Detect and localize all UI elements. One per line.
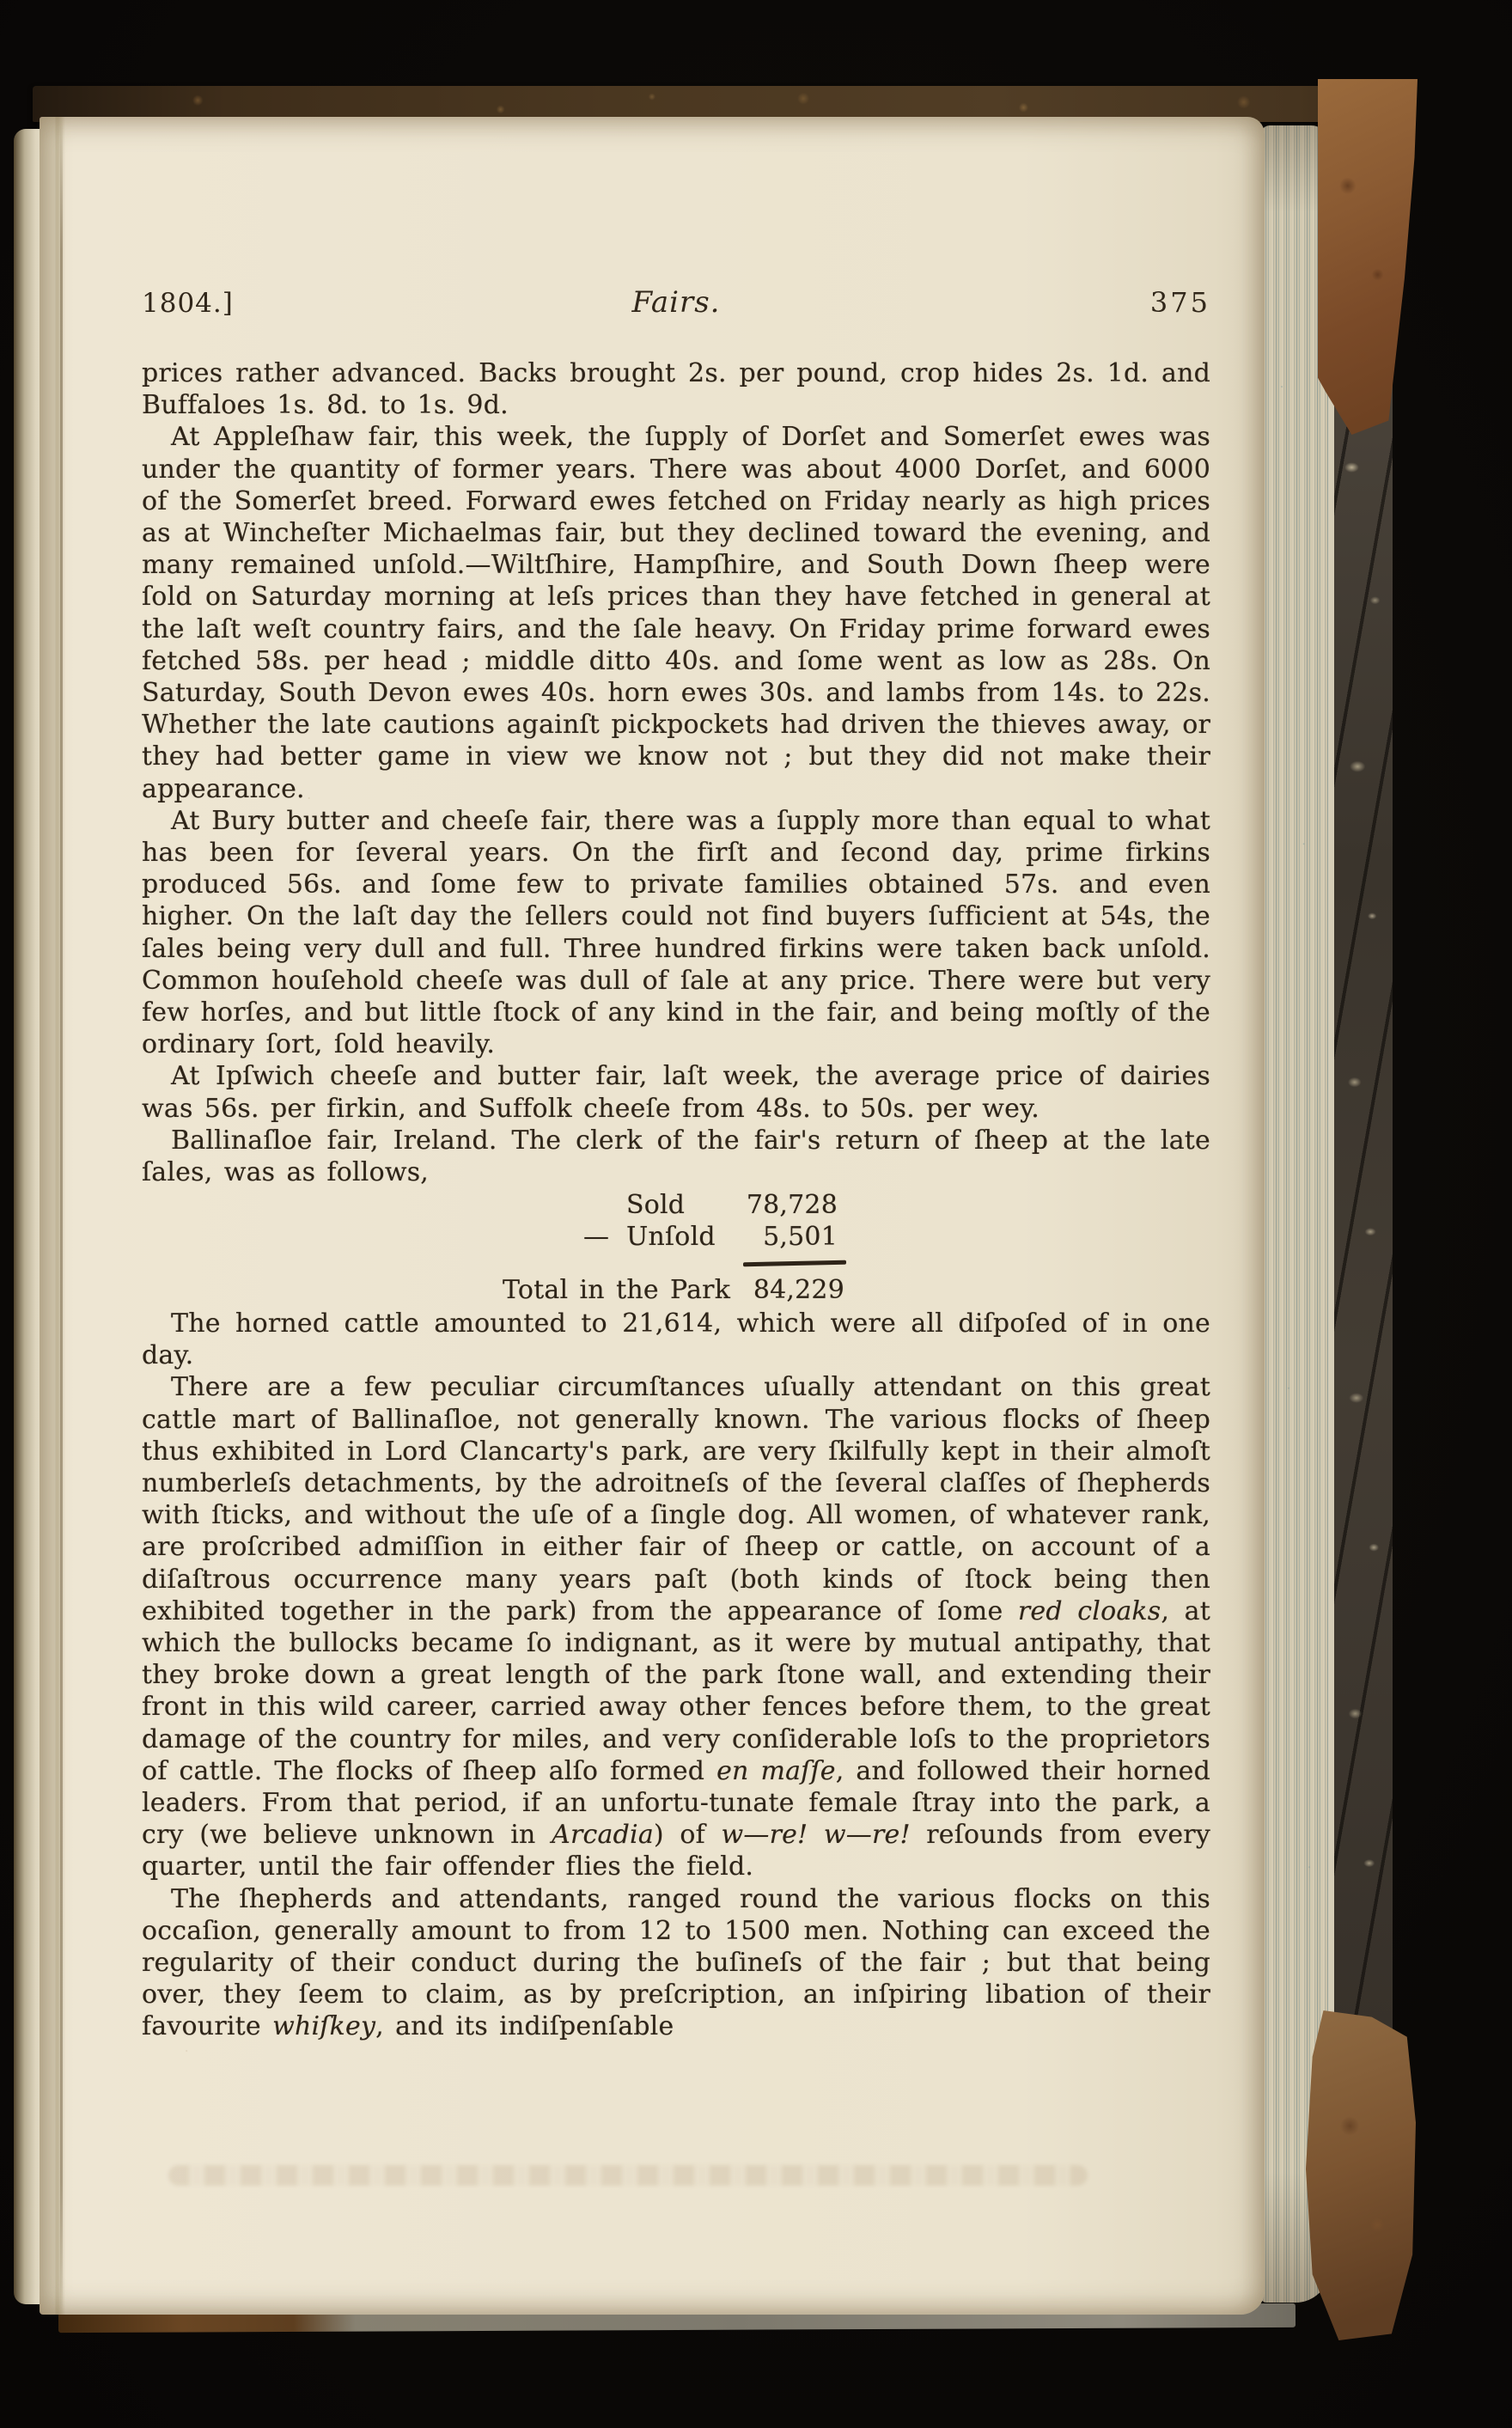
page-number: 375 bbox=[720, 286, 1210, 319]
fore-edge-pages bbox=[1261, 125, 1330, 2303]
paragraph: At Appleſhaw fair, this week, the ſupply… bbox=[142, 421, 1210, 804]
verso-show-through bbox=[168, 2165, 1088, 2186]
total-value: 84,229 bbox=[753, 1274, 844, 1306]
paragraph-group-bottom: The horned cattle amounted to 21,614, wh… bbox=[142, 1308, 1210, 2043]
leather-corner-bottom bbox=[1306, 2010, 1416, 2340]
paragraph: The ſhepherds and attendants, ranged rou… bbox=[142, 1883, 1210, 2043]
leather-corner-top bbox=[1318, 79, 1417, 435]
paragraph: The horned cattle amounted to 21,614, wh… bbox=[142, 1308, 1210, 1371]
page-text: prices rather advanced. Backs brought 2s… bbox=[142, 357, 1210, 2043]
paragraph: prices rather advanced. Backs brought 2s… bbox=[142, 357, 1210, 421]
running-head: 1804.] Fairs. 375 bbox=[142, 285, 1210, 320]
row-value: 78,728 bbox=[747, 1189, 838, 1221]
paragraph: There are a few peculiar circumſtances u… bbox=[142, 1371, 1210, 1882]
book-page: 1804.] Fairs. 375 prices rather advanced… bbox=[40, 117, 1265, 2315]
book-scan: 1804.] Fairs. 375 prices rather advanced… bbox=[0, 0, 1512, 2428]
row-label: Unſold bbox=[626, 1221, 716, 1253]
table-row-unsold: — Unſold 5,501 bbox=[583, 1221, 838, 1253]
table-row-sold: Sold 78,728 bbox=[583, 1189, 838, 1221]
marbled-board-edge bbox=[1328, 368, 1393, 2029]
row-prefix: — bbox=[583, 1221, 626, 1253]
running-title: Fairs. bbox=[632, 285, 721, 320]
sheep-return-table: Sold 78,728 — Unſold 5,501 Total in the … bbox=[142, 1189, 1210, 1306]
paragraph: At Bury butter and cheeſe fair, there wa… bbox=[142, 805, 1210, 1061]
row-value: 5,501 bbox=[763, 1221, 838, 1253]
total-label: Total in the Park bbox=[503, 1274, 730, 1306]
paragraph: Ballinaſloe fair, Ireland. The clerk of … bbox=[142, 1125, 1210, 1188]
sum-rule bbox=[743, 1260, 846, 1266]
table-total-row: Total in the Park 84,229 bbox=[503, 1274, 844, 1306]
year-label: 1804.] bbox=[142, 288, 632, 319]
paragraph: At Ipſwich cheeſe and butter fair, laſt … bbox=[142, 1060, 1210, 1124]
paragraph-group-top: prices rather advanced. Backs brought 2s… bbox=[142, 357, 1210, 1188]
row-prefix bbox=[583, 1189, 626, 1221]
row-label: Sold bbox=[626, 1189, 685, 1221]
